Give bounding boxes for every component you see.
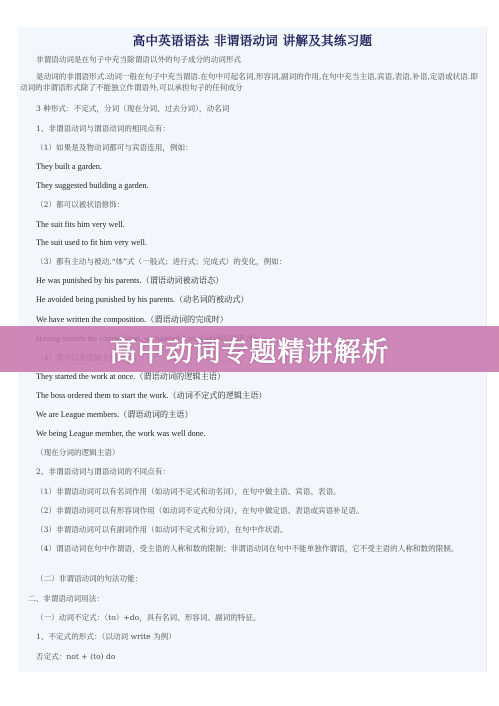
example-sentence: The suit fits him very well. — [36, 220, 125, 230]
doc-line: （3）都有主动与被动,“体”式（一般式；进行式；完成式）的变化，例如： — [36, 257, 286, 267]
doc-line: （一）动词不定式：（to）+do，具有名词、形容词、副词的特征。 — [36, 613, 261, 623]
example-sentence: They built a garden. — [36, 162, 102, 172]
example-sentence: They suggested building a garden. — [36, 181, 149, 191]
document-title: 高中英语语法 非谓语动词 讲解及其练习题 — [18, 31, 487, 49]
example-sentence: The suit used to fit him very well. — [36, 238, 147, 248]
doc-heading: 二、非谓语动词用法： — [28, 594, 104, 604]
doc-line: （1）如果是及物动词都可与宾语连用，例如： — [36, 143, 193, 153]
doc-line: （3）非谓语动词可以有副词作用（如动词不定式和分词），在句中作状语。 — [36, 525, 288, 535]
title-banner: 高中动词专题精讲解析 — [0, 326, 499, 372]
doc-line: 否定式：not + (to) do — [36, 652, 115, 662]
example-sentence: We being League member, the work was wel… — [36, 429, 206, 439]
doc-heading: （二）非谓语动词的句法功能： — [36, 574, 142, 584]
doc-heading: 1、非谓语动词与谓语动词的相同点有： — [36, 124, 170, 134]
example-sentence: They started the work at once.（谓语动词的逻辑主语… — [36, 372, 225, 382]
example-sentence: We are League members.（谓语动词的主语） — [36, 410, 193, 420]
example-sentence: We have written the composition.（谓语动词的完成… — [36, 315, 228, 325]
doc-line: 非谓语动词是在句子中充当除谓语以外的句子成分的动词形式 — [36, 55, 241, 65]
doc-line: （2）都可以被状语修饰： — [36, 200, 124, 210]
example-sentence: The boss ordered them to start the work.… — [36, 391, 267, 401]
doc-paragraph: （4）谓语动词在句中作谓语，受主语的人称和数的限制；非谓语动词在句中不能单独作谓… — [20, 544, 482, 555]
doc-line: 1、不定式的形式：（以动词 write 为例） — [36, 632, 176, 642]
doc-paragraph: 是动词的非谓语形式.动词一般在句子中充当谓语.在句中可起名词,形容词,副词的作用… — [20, 72, 482, 93]
doc-heading: 2、非谓语动词与谓语动词的不同点有： — [36, 467, 170, 477]
doc-line: （1）非谓语动词可以有名词作用（如动词不定式和动名词），在句中做主语、宾语、表语… — [36, 487, 341, 497]
example-sentence: He avoided being punished by his parents… — [36, 295, 249, 305]
doc-line: 3 种形式：不定式，分词（现在分词、过去分词），动名词 — [36, 104, 229, 114]
banner-title: 高中动词专题精讲解析 — [110, 330, 390, 369]
doc-line: （现在分词的逻辑主语） — [36, 448, 120, 458]
doc-line: （2）非谓语动词可以有形容词作用（如动词不定式和分词），在句中做定语、表语或宾语… — [36, 506, 364, 516]
example-sentence: He was punished by his parents.（谓语动词被动语态… — [36, 276, 223, 286]
